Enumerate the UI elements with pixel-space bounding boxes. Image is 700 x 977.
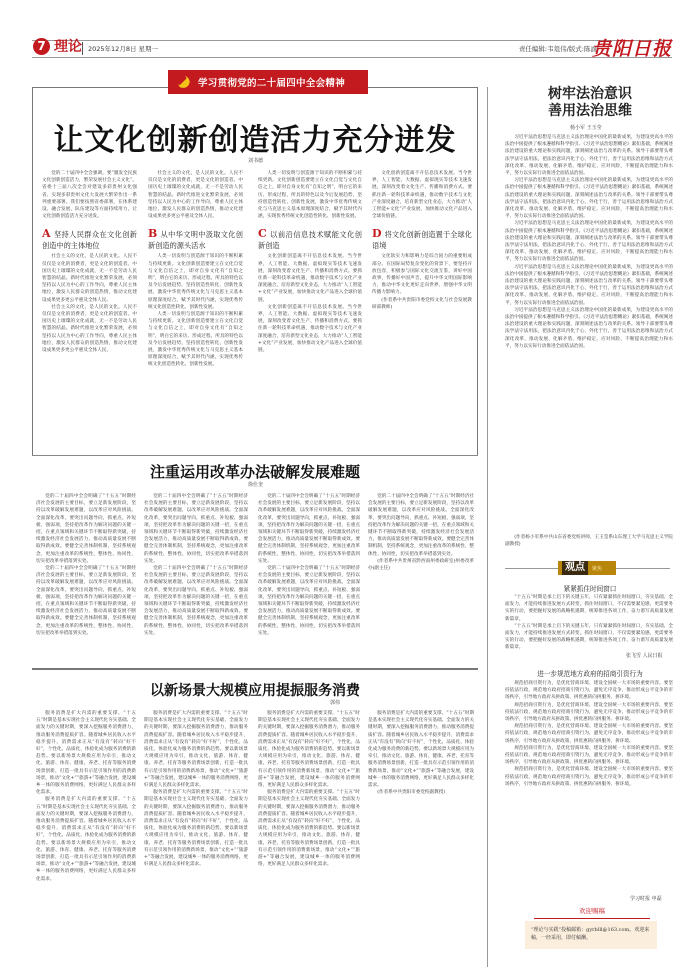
reform-column-2-text: 党的二十届四中全会明确了“十五五”时期经济社会发展的主要目标，要立足新发展阶段，… xyxy=(144,493,248,565)
section-d-letter: D xyxy=(372,227,382,240)
sidebar-separator xyxy=(487,87,488,967)
section-c-title: 以前沿信息技术赋能文化创新创造 xyxy=(258,230,362,250)
section-a-text: 社会主义的文化，是人民的文化。人民不仅仅是文化的消费者，更是文化的创造者。中国历… xyxy=(42,253,137,303)
reform-article-author: 徐仕奎 xyxy=(248,481,263,488)
page-number-badge: 7 xyxy=(33,38,50,55)
viewpoint-sublabel: 聚焦 xyxy=(592,565,602,572)
viewpoint-badge: 观点 聚焦 xyxy=(558,561,616,575)
section-d-text: 文化软实力和影响力是综合国力的重要组成部分。在国际局势复杂变化的背景下，要坚持开… xyxy=(372,253,472,296)
service-article-title: 以新场景大规模应用提振服务消费 xyxy=(32,680,478,700)
section-a-heading: A坚持人民群众在文化创新创造中的主体地位 xyxy=(42,228,137,251)
service-column-2: 服务消费是扩大内需的重要支撑。“十五五”时期是基本实现社会主义现代化夯实基础、全… xyxy=(144,710,248,960)
viewpoint-item-2-signature: 学习时报 申磊 xyxy=(630,895,662,902)
section-a-letter: A xyxy=(42,227,51,240)
column-3-lead: 人类一切发明与创造源于知识的不断积累与持续更新。文化创新创造要建立在文化自觉与文… xyxy=(258,170,362,220)
reform-column-4: 党的二十届四中全会明确了“十五五”时期经济社会发展的主要目标，要立足新发展阶段，… xyxy=(368,493,474,653)
section-c-letter: C xyxy=(258,227,267,240)
masthead-divider xyxy=(82,42,83,55)
reform-column-4-text: 党的二十届四中全会明确了“十五五”时期经济社会发展的主要目标，要立足新发展阶段，… xyxy=(368,493,474,558)
topic-banner: 学习贯彻党的二十届四中全会精神 xyxy=(168,70,368,94)
sidebar-title-line-2: 善用法治思维 xyxy=(480,103,700,120)
main-article-column-2: 社会主义的文化，是人民的文化。人民不仅仅是文化的消费者，更是文化的创造者。中国历… xyxy=(148,170,243,448)
main-article-author-note: (作者系中共贵阳市委党校文化与社会发展教研部教师) xyxy=(372,297,472,311)
sidebar-paragraph-1: 习近平法治思想是马克思主义法治理论中国化的最新成果，为建设更高水平的法治中国提供… xyxy=(505,134,673,177)
service-column-1-text: 服务消费是扩大内需的重要支撑。“十五五”时期是基本实现社会主义现代化夯实基础、全… xyxy=(36,710,136,796)
main-article-bottom-rule xyxy=(32,455,478,456)
sidebar-paragraph-5: 习近平法治思想是马克思主义法治理论中国化的最新成果，为建设更高水平的法治中国提供… xyxy=(505,307,673,350)
section-a-title: 坚持人民群众在文化创新创造中的主体地位 xyxy=(42,230,137,250)
masthead: 7 理论 2025年12月8日 星期一 责任编辑:韦俎伟/版式:陈渝 贵阳日报 xyxy=(32,40,672,58)
sidebar-author-note-block: (作者杨小军系中共山东省委党校讲师，王玉莹系山东理工大学马克思主义学院副教授) xyxy=(505,534,673,550)
viewpoint-item-2-text-cont3: 规范招商引资行为，是优化营商环境、建设全国统一大市场的重要内容。要坚持依法行政，… xyxy=(505,745,673,767)
main-article-column-4: 文化创新创造离不开信息技术发展。当今世界，人工智能、大数据、虚拟现实等技术飞速发… xyxy=(372,170,472,448)
section-c-heading: C以前沿信息技术赋能文化创新创造 xyxy=(258,228,362,251)
service-column-4-text: 服务消费是扩大内需的重要支撑。“十五五”时期是基本实现社会主义现代化夯实基础、全… xyxy=(368,710,474,789)
sidebar-paragraph-3: 习近平法治思想是马克思主义法治理论中国化的最新成果，为建设更高水平的法治中国提供… xyxy=(505,220,673,263)
main-article-column-3: 人类一切发明与创造源于知识的不断积累与持续更新。文化创新创造要建立在文化自觉与文… xyxy=(258,170,362,448)
service-column-3-text-cont: 服务消费是扩大内需的重要支撑。“十五五”时期是基本实现社会主义现代化夯实基础、全… xyxy=(258,789,360,868)
viewpoint-item-1-signature: 张飞雪 人民日报 xyxy=(626,652,663,659)
main-article-intro: 党的二十届四中全会强调，要“激发全民族文化创新创造活力，繁荣发展社会主义文化”。… xyxy=(42,170,137,220)
section-c-text-cont: 文化创新创造离不开信息技术发展。当今世界，人工智能、大数据、虚拟现实等技术飞速发… xyxy=(258,304,362,354)
sidebar-article-title: 树牢法治意识 善用法治思维 xyxy=(480,86,700,120)
reform-column-2-text-cont: 党的二十届四中全会明确了“十五五”时期经济社会发展的主要目标，要立足新发展阶段，… xyxy=(144,565,248,637)
sidebar-paragraph-4: 习近平法治思想是马克思主义法治理论中国化的最新成果，为建设更高水平的法治中国提供… xyxy=(505,264,673,307)
service-column-3: 服务消费是扩大内需的重要支撑。“十五五”时期是基本实现社会主义现代化夯实基础、全… xyxy=(258,710,360,960)
section-d-title: 将文化创新创造置于全球化语境 xyxy=(372,230,472,250)
reform-column-3: 党的二十届四中全会明确了“十五五”时期经济社会发展的主要目标，要立足新发展阶段，… xyxy=(258,493,360,653)
viewpoint-item-2-text-cont4: 规范招商引资行为，是优化营商环境、建设全国统一大市场的重要内容。要坚持依法行政，… xyxy=(505,766,673,788)
section-b-title: 从中华文明中汲取文化创新创造的源头活水 xyxy=(148,230,243,250)
section-b-text: 人类一切发明与创造源于知识的不断积累与持续更新。文化创新创造要建立在文化自觉与文… xyxy=(148,253,243,311)
contribution-rule xyxy=(534,918,650,919)
sidebar-article-body: 习近平法治思想是马克思主义法治理论中国化的最新成果，为建设更高水平的法治中国提供… xyxy=(505,134,673,534)
viewpoint-item-1-title: 紧紧抓住时间窗口 xyxy=(480,583,700,593)
reform-column-3-text: 党的二十届四中全会明确了“十五五”时期经济社会发展的主要目标，要立足新发展阶段，… xyxy=(258,493,360,565)
service-column-2-text-cont: 服务消费是扩大内需的重要支撑。“十五五”时期是基本实现社会主义现代化夯实基础、全… xyxy=(144,789,248,868)
reform-article-bottom-rule xyxy=(32,668,478,670)
service-column-2-text: 服务消费是扩大内需的重要支撑。“十五五”时期是基本实现社会主义现代化夯实基础、全… xyxy=(144,710,248,789)
reform-column-1: 党的二十届四中全会明确了“十五五”时期经济社会发展的主要目标，要立足新发展阶段，… xyxy=(36,493,136,653)
service-column-3-text: 服务消费是扩大内需的重要支撑。“十五五”时期是基本实现社会主义现代化夯实基础、全… xyxy=(258,710,360,789)
main-article-title: 让文化创新创造活力充分迸发 xyxy=(32,115,478,159)
reform-column-1-text-cont: 党的二十届四中全会明确了“十五五”时期经济社会发展的主要目标，要立足新发展阶段，… xyxy=(36,565,136,637)
service-column-1-text-cont: 服务消费是扩大内需的重要支撑。“十五五”时期是基本实现社会主义现代化夯实基础、全… xyxy=(36,796,136,882)
section-b-heading: B从中华文明中汲取文化创新创造的源头活水 xyxy=(148,228,243,251)
viewpoint-item-1-body: “十五五”时期是承上启下的关键五年，只有紧紧抓住时间窗口，夯实基础、全面发力，才… xyxy=(505,594,673,650)
section-c-text: 文化创新创造离不开信息技术发展。当今世界，人工智能、大数据、虚拟现实等技术飞速发… xyxy=(258,253,362,303)
reform-article-title: 注重运用改革办法破解发展难题 xyxy=(32,461,478,482)
party-emblem-icon xyxy=(176,74,192,90)
viewpoint-item-1-text-cont: “十五五”时期是承上启下的关键五年，只有紧紧抓住时间窗口，夯实基础、全面发力，才… xyxy=(505,623,673,650)
section-b-text-cont: 人类一切发明与创造源于知识的不断积累与持续更新。文化创新创造要建立在文化自觉与文… xyxy=(148,311,243,369)
banner-title: 学习贯彻党的二十届四中全会精神 xyxy=(198,75,345,89)
viewpoint-item-2-text-cont2: 规范招商引资行为，是优化营商环境、建设全国统一大市场的重要内容。要坚持依法行政，… xyxy=(505,723,673,745)
sidebar-author-note: (作者杨小军系中共山东省委党校讲师，王玉莹系山东理工大学马克思主义学院副教授) xyxy=(505,534,673,548)
service-column-4: 服务消费是扩大内需的重要支撑。“十五五”时期是基本实现社会主义现代化夯实基础、全… xyxy=(368,710,474,940)
main-article-column-1: 党的二十届四中全会强调，要“激发全民族文化创新创造活力，繁荣发展社会主义文化”。… xyxy=(42,170,137,448)
viewpoint-item-1-text: “十五五”时期是承上启下的关键五年，只有紧紧抓住时间窗口，夯实基础、全面发力，才… xyxy=(505,594,673,623)
newspaper-logo: 贵阳日报 xyxy=(592,34,672,61)
viewpoint-item-2-title: 进一步规范地方政府的招商引资行为 xyxy=(480,668,700,678)
section-name: 理论 xyxy=(54,38,82,56)
viewpoint-item-2-body: 规范招商引资行为，是优化营商环境、建设全国统一大市场的重要内容。要坚持依法行政，… xyxy=(505,680,673,883)
section-a-text-cont: 社会主义的文化，是人民的文化。人民不仅仅是文化的消费者，更是文化的创造者。中国历… xyxy=(42,304,137,354)
service-article-author: 郭伟 xyxy=(330,699,340,706)
reform-column-3-text-cont: 党的二十届四中全会明确了“十五五”时期经济社会发展的主要目标，要立足新发展阶段，… xyxy=(258,565,360,637)
section-b-letter: B xyxy=(148,227,157,240)
column-4-lead: 文化创新创造离不开信息技术发展。当今世界，人工智能、大数据、虚拟现实等技术飞速发… xyxy=(372,170,472,220)
contribution-title: 欢迎赐稿 xyxy=(534,906,650,915)
sidebar-title-line-1: 树牢法治意识 xyxy=(480,86,700,103)
reform-column-1-text: 党的二十届四中全会明确了“十五五”时期经济社会发展的主要目标，要立足新发展阶段，… xyxy=(36,493,136,565)
sidebar-article-authors: 杨小军 王玉莹 xyxy=(570,124,602,131)
service-column-1: 服务消费是扩大内需的重要支撑。“十五五”时期是基本实现社会主义现代化夯实基础、全… xyxy=(36,710,136,960)
main-article-author: 刘书德 xyxy=(248,157,263,164)
section-d-heading: D将文化创新创造置于全球化语境 xyxy=(372,228,472,251)
editor-credits: 责任编辑:韦俎伟/版式:陈渝 xyxy=(519,44,597,53)
viewpoint-item-2-text-cont: 规范招商引资行为，是优化营商环境、建设全国统一大市场的重要内容。要坚持依法行政，… xyxy=(505,702,673,724)
contribution-box: “理论与实践”投稿邮箱：gyrblll@163.com。欢迎来稿，一经采用，即付… xyxy=(525,921,657,949)
column-2-lead: 社会主义的文化，是人民的文化。人民不仅仅是文化的消费者，更是文化的创造者。中国历… xyxy=(148,170,243,220)
viewpoint-item-2-text: 规范招商引资行为，是优化营商环境、建设全国统一大市场的重要内容。要坚持依法行政，… xyxy=(505,680,673,702)
issue-date: 2025年12月8日 星期一 xyxy=(88,44,158,53)
viewpoint-label: 观点 xyxy=(562,561,588,575)
reform-author-note: (作者系中共贵州省黔西南州委政研室(州委改革办)副主任) xyxy=(368,558,474,572)
service-author-note: (作者系中共贵阳市委党校副教授) xyxy=(368,789,474,796)
contribution-text: “理论与实践”投稿邮箱：gyrblll@163.com。欢迎来稿，一经采用，即付… xyxy=(531,927,649,941)
sidebar-paragraph-2: 习近平法治思想是马克思主义法治理论中国化的最新成果，为建设更高水平的法治中国提供… xyxy=(505,177,673,220)
reform-column-2: 党的二十届四中全会明确了“十五五”时期经济社会发展的主要目标，要立足新发展阶段，… xyxy=(144,493,248,653)
